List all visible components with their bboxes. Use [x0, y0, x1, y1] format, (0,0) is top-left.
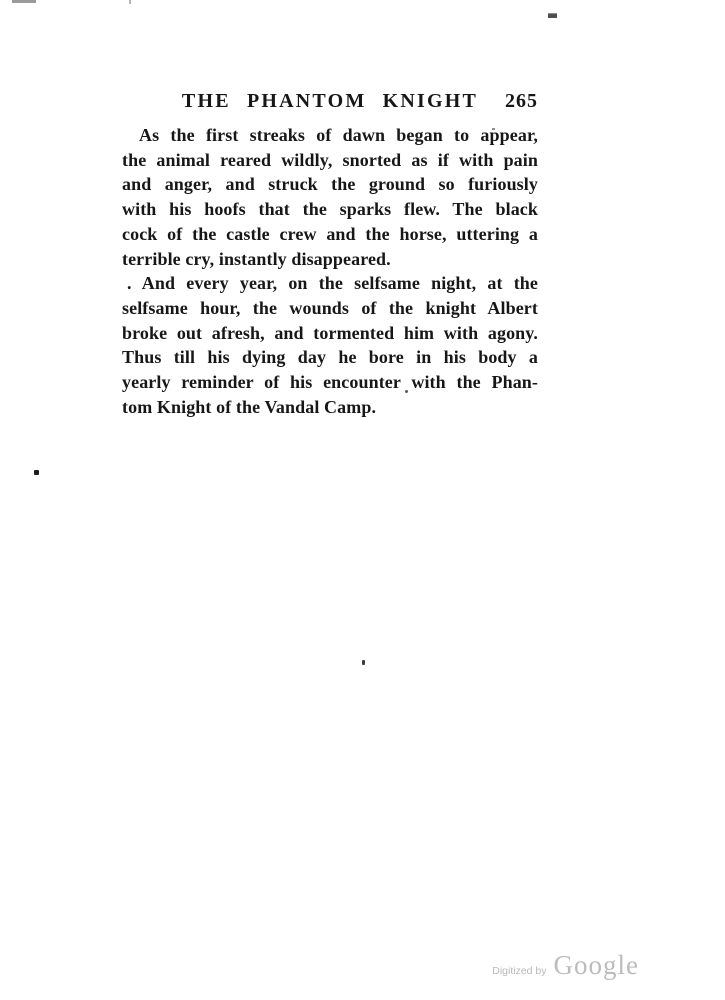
- text-line: selfsame hour, the wounds of the knight …: [122, 296, 538, 321]
- text-line: and anger, and struck the ground so furi…: [122, 172, 538, 197]
- text-line: terrible cry, instantly disappeared.: [122, 247, 538, 272]
- text-line: broke out afresh, and tormented him with…: [122, 321, 538, 346]
- text-line: cock of the castle crew and the horse, u…: [122, 222, 538, 247]
- scan-artifact-dash: [12, 0, 36, 3]
- body-text: As the first streaks of dawn began to ap…: [122, 123, 538, 419]
- text-line: tom Knight of the Vandal Camp.: [122, 395, 538, 420]
- text-line: yearly reminder of his encounter with th…: [122, 370, 538, 395]
- text-line: the animal reared wildly, snorted as if …: [122, 148, 538, 173]
- scan-artifact-dot: [34, 470, 39, 475]
- page-number: 265: [505, 90, 538, 112]
- text-line: with his hoofs that the sparks flew. The…: [122, 197, 538, 222]
- scan-artifact-tick: [129, 0, 131, 4]
- text-line: As the first streaks of dawn began to ap…: [122, 123, 538, 148]
- digitization-watermark: Digitized by Google: [492, 950, 639, 981]
- running-head-title: THE PHANTOM KNIGHT: [122, 90, 538, 112]
- scan-artifact-smudge: [548, 13, 557, 18]
- scanned-book-page: THE PHANTOM KNIGHT 265 As the first stre…: [0, 0, 725, 1000]
- google-logo: Google: [554, 950, 639, 981]
- text-line: . And every year, on the selfsame night,…: [122, 271, 538, 296]
- text-line: Thus till his dying day he bore in his b…: [122, 345, 538, 370]
- scan-artifact-dot: [362, 660, 365, 665]
- watermark-prefix-label: Digitized by: [492, 965, 546, 977]
